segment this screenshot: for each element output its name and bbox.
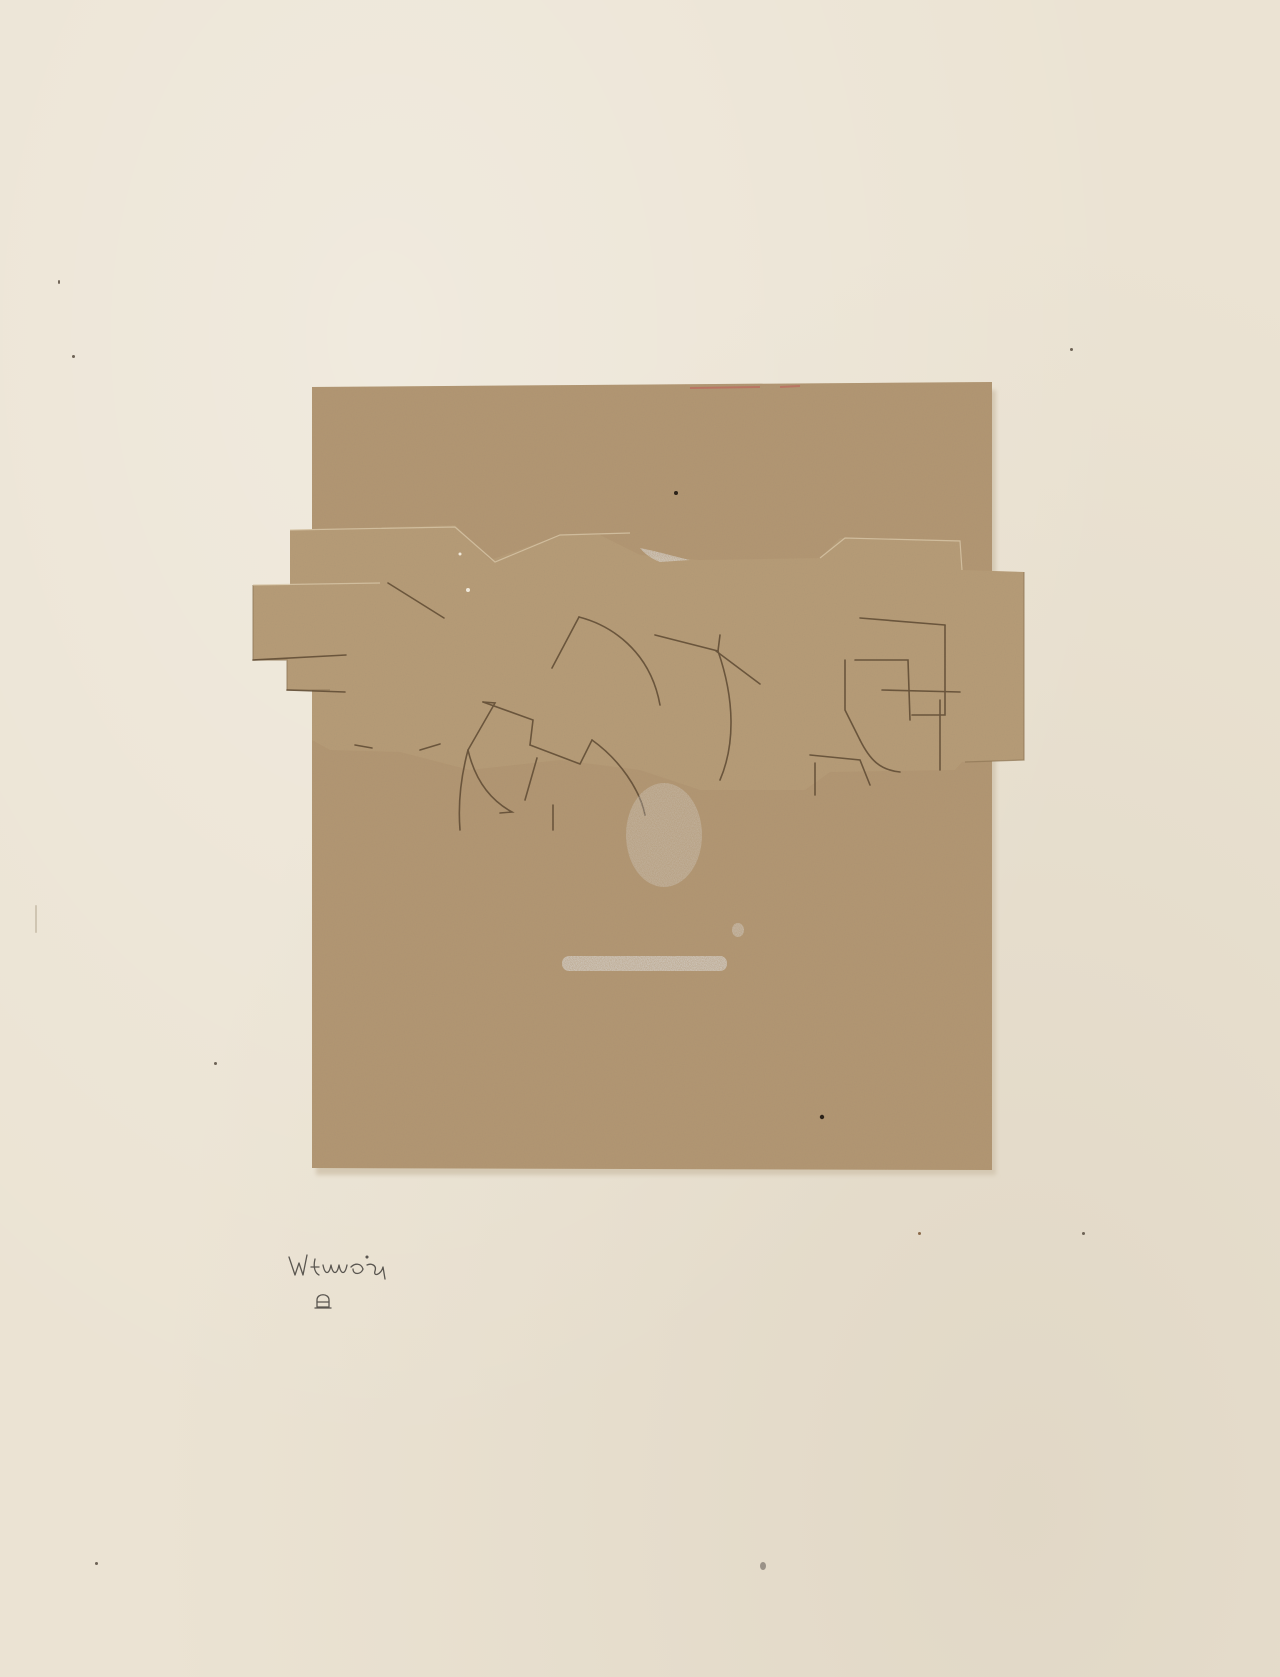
artist-signature (285, 1245, 435, 1325)
overlay-strip (253, 525, 1024, 790)
cardboard-collage (0, 0, 1280, 1677)
paper-sheet: Brown cardboard collage on cream paper w… (0, 0, 1280, 1677)
bar-silver-mark (562, 956, 727, 971)
smudge-silver-mark (626, 783, 702, 887)
base-board (312, 382, 992, 1170)
